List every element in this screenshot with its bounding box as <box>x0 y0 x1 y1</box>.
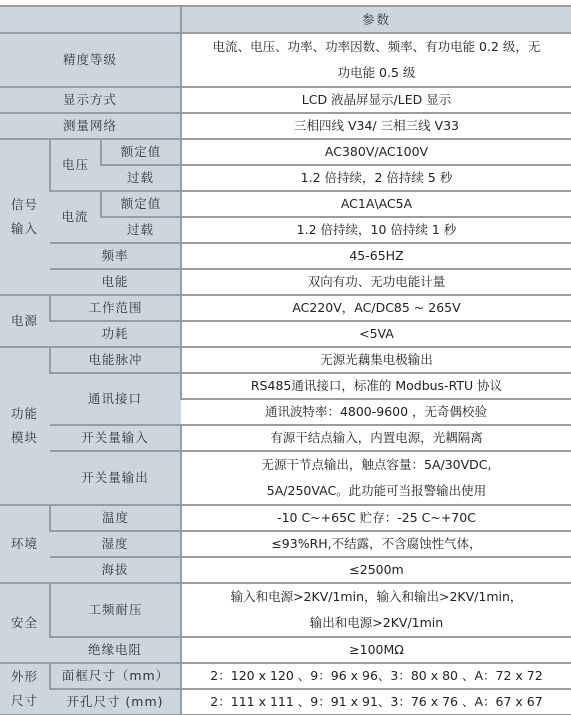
value-voltage-overload: 1.2 倍持续，2 倍持续 5 秒 <box>181 165 571 191</box>
row-energy: 电能 双向有功、无功电能计量 <box>0 269 571 295</box>
row-current-rated: 电流 额定值 AC1A\AC5A <box>0 191 571 217</box>
label-current-overload: 过载 <box>101 217 181 243</box>
value-network: 三相四线 V34/ 三相三线 V33 <box>181 113 571 139</box>
label-energy: 电能 <box>50 269 181 295</box>
label-switch-out: 开关量输出 <box>50 451 181 505</box>
value-pulse: 无源光藕集电极输出 <box>181 347 571 373</box>
label-comm: 通讯接口 <box>50 373 181 425</box>
label-voltage: 电压 <box>50 139 101 191</box>
value-altitude: ≤2500m <box>181 557 571 583</box>
row-temperature: 环境 温度 -10 C~+65C 贮存：-25 C~+70C <box>0 505 571 531</box>
row-frame: 外形 尺寸 面框尺寸（mm） 2：120 x 120 、9：96 x 96、3：… <box>0 663 571 689</box>
value-energy: 双向有功、无功电能计量 <box>181 269 571 295</box>
value-temperature: -10 C~+65C 贮存：-25 C~+70C <box>181 505 571 531</box>
value-accuracy-line1: 电流、电压、功率、功率因数、频率、有功电能 0.2 级，无 <box>186 34 567 60</box>
row-pulse: 功能 模块 电能脉冲 无源光藕集电极输出 <box>0 347 571 373</box>
label-insulation: 绝缘电阻 <box>50 637 181 663</box>
label-environment: 环境 <box>0 505 50 583</box>
label-function: 功能 模块 <box>0 347 50 505</box>
label-voltage-overload: 过载 <box>101 165 181 191</box>
label-function-line1: 功能 <box>4 402 45 426</box>
header-row: 参数 <box>0 6 571 33</box>
row-frequency: 频率 45-65HZ <box>0 243 571 269</box>
row-altitude: 海拔 ≤2500m <box>0 557 571 583</box>
row-power-consumption: 功耗 <5VA <box>0 321 571 347</box>
value-current-rated: AC1A\AC5A <box>181 191 571 217</box>
row-insulation: 绝缘电阻 ≥100MΩ <box>0 637 571 663</box>
label-current: 电流 <box>50 191 101 243</box>
label-temperature: 温度 <box>50 505 181 531</box>
spec-table: 参数 精度等级 电流、电压、功率、功率因数、频率、有功电能 0.2 级，无 功电… <box>0 5 571 715</box>
row-switch-out: 开关量输出 无源干节点输出，触点容量：5A/30VDC, 5A/250VAC。此… <box>0 451 571 505</box>
label-network: 测量网络 <box>0 113 181 139</box>
value-comm-line1: RS485通讯接口，标准的 Modbus-RTU 协议 <box>181 373 571 399</box>
value-withstand-line1: 输入和电源>2KV/1min，输入和输出>2KV/1min， <box>186 584 567 610</box>
row-switch-in: 开关量输入 有源干结点输入，内置电源，光耦隔离 <box>0 425 571 451</box>
label-dimensions: 外形 尺寸 <box>0 663 50 715</box>
row-comm-1: 通讯接口 RS485通讯接口，标准的 Modbus-RTU 协议 <box>0 373 571 399</box>
value-switch-out-line2: 5A/250VAC。此功能可当报警输出使用 <box>186 478 567 504</box>
value-power-range: AC220V，AC/DC85 ~ 265V <box>181 295 571 321</box>
value-voltage-rated: AC380V/AC100V <box>181 139 571 165</box>
label-accuracy: 精度等级 <box>0 33 181 87</box>
row-display: 显示方式 LCD 液晶屏显示/LED 显示 <box>0 87 571 113</box>
label-display: 显示方式 <box>0 87 181 113</box>
label-dimensions-line1: 外形 <box>4 665 45 689</box>
row-humidity: 湿度 ≤93%RH,不结露，不含腐蚀性气体， <box>0 531 571 557</box>
label-pulse: 电能脉冲 <box>50 347 181 373</box>
label-safety: 安全 <box>0 583 50 663</box>
value-frequency: 45-65HZ <box>181 243 571 269</box>
value-power-consumption: <5VA <box>181 321 571 347</box>
row-cutout: 开孔尺寸 (mm) 2：111 x 111 、9：91 x 91、3：76 x … <box>0 689 571 715</box>
value-switch-out: 无源干节点输出，触点容量：5A/30VDC, 5A/250VAC。此功能可当报警… <box>181 451 571 505</box>
label-altitude: 海拔 <box>50 557 181 583</box>
value-accuracy: 电流、电压、功率、功率因数、频率、有功电能 0.2 级，无 功电能 0.5 级 <box>181 33 571 87</box>
value-withstand-line2: 输出和电源>2KV/1min <box>186 610 567 636</box>
label-signal-input-line2: 输入 <box>4 217 45 241</box>
row-voltage-rated: 信号 输入 电压 额定值 AC380V/AC100V <box>0 139 571 165</box>
row-power-range: 电源 工作范围 AC220V，AC/DC85 ~ 265V <box>0 295 571 321</box>
label-signal-input: 信号 输入 <box>0 139 50 295</box>
value-current-overload: 1.2 倍持续，10 倍持续 1 秒 <box>181 217 571 243</box>
value-switch-out-line1: 无源干节点输出，触点容量：5A/30VDC, <box>186 452 567 478</box>
value-comm-line2: 通讯波特率：4800-9600 ，无奇偶校验 <box>181 399 571 425</box>
value-display: LCD 液晶屏显示/LED 显示 <box>181 87 571 113</box>
label-function-line2: 模块 <box>4 426 45 450</box>
value-humidity: ≤93%RH,不结露，不含腐蚀性气体， <box>181 531 571 557</box>
label-frequency: 频率 <box>50 243 181 269</box>
value-frame: 2：120 x 120 、9：96 x 96、3：80 x 80 、A：72 x… <box>181 663 571 689</box>
label-humidity: 湿度 <box>50 531 181 557</box>
label-voltage-rated: 额定值 <box>101 139 181 165</box>
row-withstand: 安全 工频耐压 输入和电源>2KV/1min，输入和输出>2KV/1min， 输… <box>0 583 571 637</box>
label-cutout: 开孔尺寸 (mm) <box>50 689 181 715</box>
value-switch-in: 有源干结点输入，内置电源，光耦隔离 <box>181 425 571 451</box>
label-dimensions-line2: 尺寸 <box>4 689 45 713</box>
row-accuracy: 精度等级 电流、电压、功率、功率因数、频率、有功电能 0.2 级，无 功电能 0… <box>0 33 571 87</box>
value-accuracy-line2: 功电能 0.5 级 <box>186 60 567 86</box>
header-param: 参数 <box>181 6 571 33</box>
label-switch-in: 开关量输入 <box>50 425 181 451</box>
label-withstand: 工频耐压 <box>50 583 181 637</box>
label-power-consumption: 功耗 <box>50 321 181 347</box>
value-insulation: ≥100MΩ <box>181 637 571 663</box>
row-network: 测量网络 三相四线 V34/ 三相三线 V33 <box>0 113 571 139</box>
label-signal-input-line1: 信号 <box>4 193 45 217</box>
header-blank <box>0 6 181 33</box>
label-power-range: 工作范围 <box>50 295 181 321</box>
value-withstand: 输入和电源>2KV/1min，输入和输出>2KV/1min， 输出和电源>2KV… <box>181 583 571 637</box>
value-cutout: 2：111 x 111 、9：91 x 91、3：76 x 76 、A：67 x… <box>181 689 571 715</box>
label-frame: 面框尺寸（mm） <box>50 663 181 689</box>
label-power: 电源 <box>0 295 50 347</box>
label-current-rated: 额定值 <box>101 191 181 217</box>
